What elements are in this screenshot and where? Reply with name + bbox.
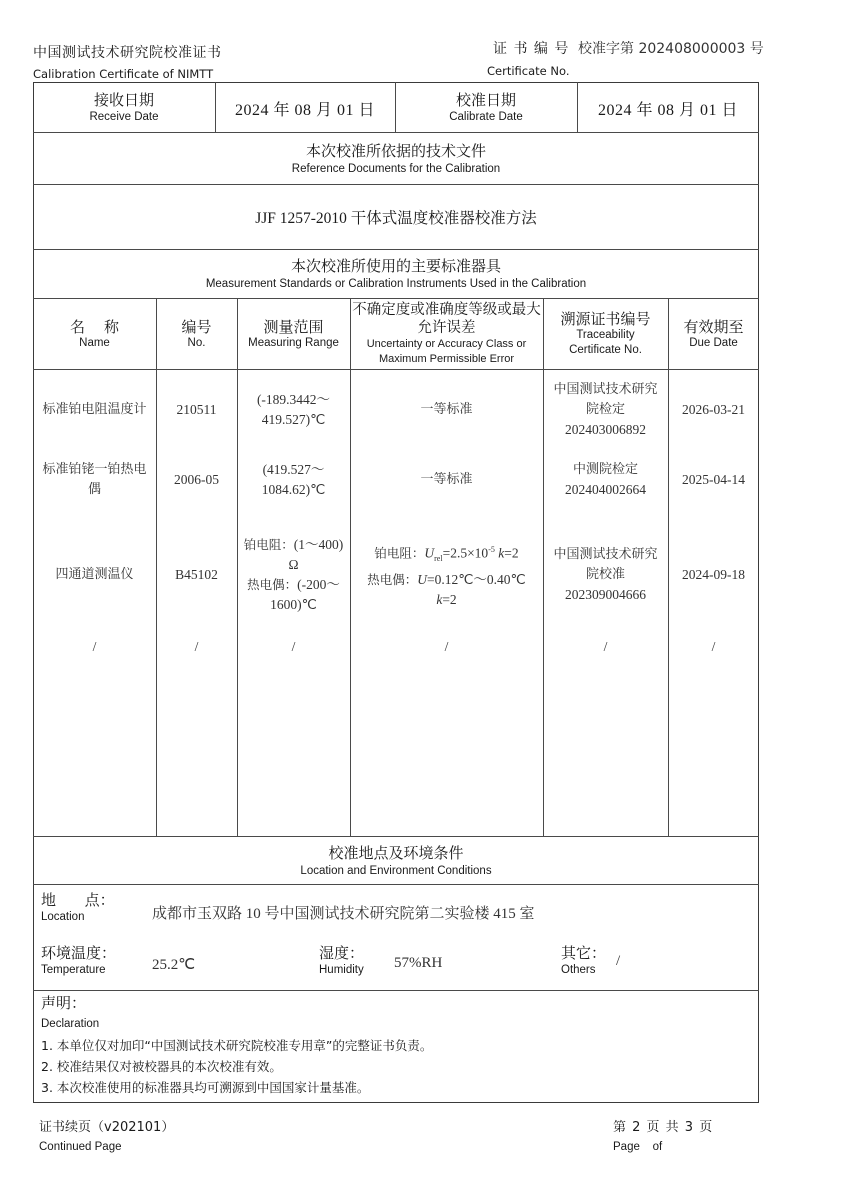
reference-section-title: 本次校准所依据的技术文件 Reference Documents for the…	[33, 133, 759, 184]
declaration-item-3: 3. 本次校准使用的标准器具均可溯源到中国国家计量基准。	[41, 1077, 432, 1098]
location-value: 成都市玉双路 10 号中国测试技术研究院第二实验楼 415 室	[152, 902, 535, 923]
table-row-3-range: 铂电阻：(1～400) Ω 热电偶：(-200～ 1600)℃	[237, 530, 350, 620]
table-row-1-traceability: 中国测试技术研究院检定202403006892	[543, 375, 668, 445]
calibrate-date-label: 校准日期 Calibrate Date	[395, 84, 577, 132]
environment-section-title: 校准地点及环境条件 Location and Environment Condi…	[33, 837, 759, 884]
table-row-4-uncertainty: /	[350, 635, 543, 659]
others-value: /	[616, 953, 620, 970]
standards-title-cn: 本次校准所使用的主要标准器具	[291, 256, 501, 276]
divider	[33, 369, 759, 370]
column-header-traceability: 溯源证书编号 Traceability Certificate No.	[543, 299, 668, 369]
continued-page-cn: 证书续页（v202101）	[39, 1116, 174, 1135]
standards-title-en: Measurement Standards or Calibration Ins…	[206, 276, 586, 292]
divider	[33, 990, 759, 991]
declaration-title-en: Declaration	[41, 1013, 432, 1035]
others-label: 其它： Others	[561, 944, 606, 978]
temperature-value: 25.2℃	[152, 955, 195, 974]
table-row-2-traceability: 中测院检定202404002664	[543, 455, 668, 505]
receive-date-label: 接收日期 Receive Date	[33, 84, 215, 132]
receive-date-value: 2024 年 08 月 01 日	[215, 84, 395, 132]
table-row-4-name: /	[33, 635, 156, 659]
table-row-3-no: B45102	[156, 530, 237, 620]
calibrate-date-label-en: Calibrate Date	[449, 110, 523, 125]
receive-date-label-en: Receive Date	[89, 110, 158, 125]
table-row-3-due: 2024-09-18	[668, 530, 759, 620]
environment-title-cn: 校准地点及环境条件	[328, 843, 463, 863]
reference-title-cn: 本次校准所依据的技术文件	[306, 141, 486, 161]
temperature-label: 环境温度： Temperature	[41, 944, 116, 978]
table-row-2-range: (419.527～1084.62)℃	[237, 455, 350, 505]
column-header-name: 名 称 Name	[33, 299, 156, 369]
calibrate-date-label-cn: 校准日期	[456, 91, 516, 110]
table-row-3-traceability: 中国测试技术研究院校准202309004666	[543, 530, 668, 620]
reference-document: JJF 1257-2010 干体式温度校准器校准方法	[33, 185, 759, 249]
table-row-1-range: (-189.3442～419.527)℃	[237, 375, 350, 445]
table-row-4-range: /	[237, 635, 350, 659]
table-row-3-name: 四通道测温仪	[33, 530, 156, 620]
environment-title-en: Location and Environment Conditions	[300, 863, 491, 879]
table-row-2-uncertainty: 一等标准	[350, 455, 543, 505]
org-title-cn: 中国测试技术研究院校准证书	[33, 42, 222, 62]
table-row-2-name: 标准铂铑一铂热电偶	[33, 455, 156, 505]
table-row-4-no: /	[156, 635, 237, 659]
declaration-item-1: 1. 本单位仅对加印“中国测试技术研究院校准专用章”的完整证书负责。	[41, 1035, 432, 1056]
declaration-title-cn: 声明：	[41, 993, 432, 1013]
receive-date-label-cn: 接收日期	[94, 91, 154, 110]
table-row-1-no: 210511	[156, 375, 237, 445]
reference-title-en: Reference Documents for the Calibration	[292, 161, 500, 177]
table-row-2-due: 2025-04-14	[668, 455, 759, 505]
cert-no-value: 校准字第 202408000003 号	[578, 38, 764, 58]
page-number-en: Page of	[613, 1141, 662, 1153]
table-row-1-due: 2026-03-21	[668, 375, 759, 445]
declaration-item-2: 2. 校准结果仅对被校器具的本次校准有效。	[41, 1056, 432, 1077]
column-header-due-date: 有效期至 Due Date	[668, 299, 759, 369]
location-label: 地 点： Location	[41, 891, 115, 925]
column-header-range: 测量范围 Measuring Range	[237, 299, 350, 369]
humidity-value: 57%RH	[394, 955, 442, 972]
page-number-cn: 第 2 页 共 3 页	[613, 1116, 713, 1135]
table-row-4-traceability: /	[543, 635, 668, 659]
org-title-en: Calibration Certificate of NIMTT	[33, 67, 213, 81]
table-row-1-uncertainty: 一等标准	[350, 375, 543, 445]
column-header-no: 编号 No.	[156, 299, 237, 369]
cert-no-label: 证 书 编 号	[493, 38, 569, 58]
calibrate-date-value: 2024 年 08 月 01 日	[577, 84, 759, 132]
continued-page-en: Continued Page	[39, 1141, 121, 1153]
table-row-1-name: 标准铂电阻温度计	[33, 375, 156, 445]
divider	[33, 884, 759, 885]
column-header-uncertainty: 不确定度或准确度等级或最大允许误差 Uncertainty or Accurac…	[350, 299, 543, 369]
standards-section-title: 本次校准所使用的主要标准器具 Measurement Standards or …	[33, 250, 759, 298]
table-row-4-due: /	[668, 635, 759, 659]
declaration-block: 声明： Declaration 1. 本单位仅对加印“中国测试技术研究院校准专用…	[41, 993, 432, 1098]
humidity-label: 湿度： Humidity	[319, 944, 364, 978]
table-row-3-uncertainty: 铂电阻：Urel=2.5×10-5 k=2 热电偶：U=0.12℃～0.40℃ …	[350, 530, 543, 620]
table-row-2-no: 2006-05	[156, 455, 237, 505]
cert-no-label-en: Certificate No.	[487, 64, 569, 78]
